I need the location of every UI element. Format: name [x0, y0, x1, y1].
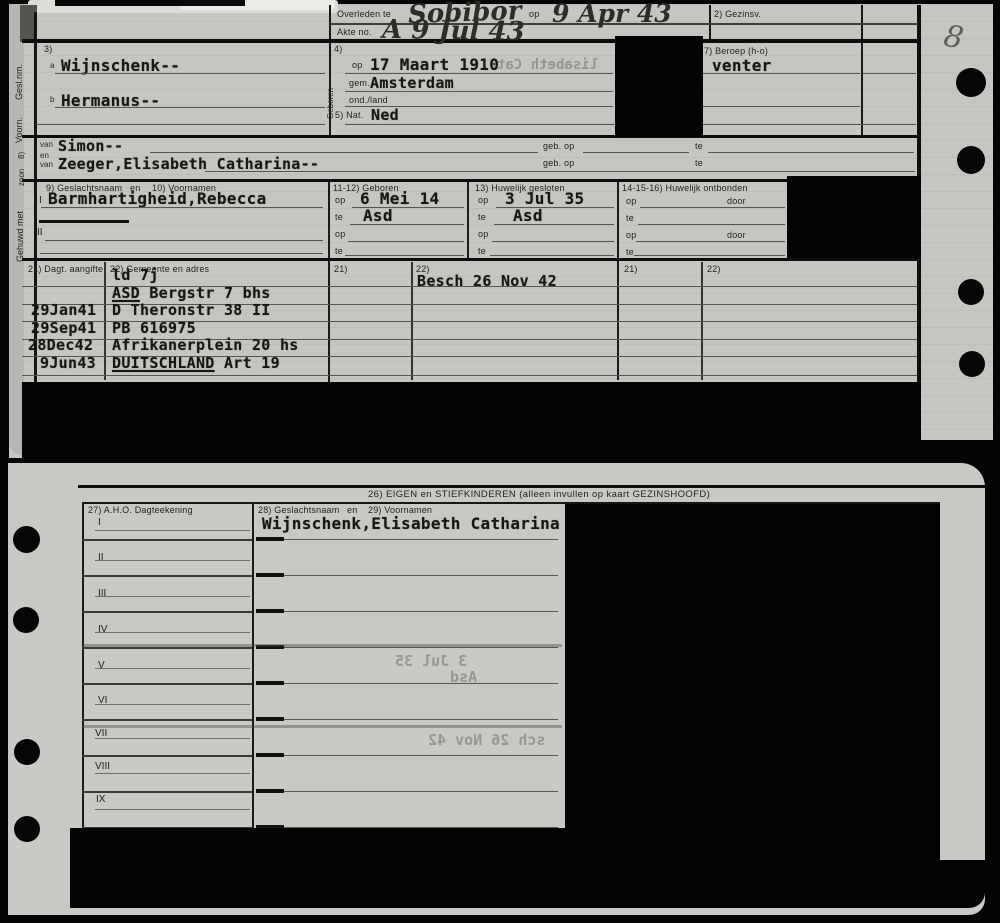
te-label: te	[626, 247, 634, 257]
rule-line	[95, 668, 250, 669]
section8-side-label-zoon: zoon	[17, 169, 26, 186]
te-label: te	[478, 246, 486, 256]
smudge-line	[82, 644, 562, 647]
akte-value-handwritten: A 9 Jul 43	[382, 15, 525, 47]
birthdate-value: 17 Maart 1910	[370, 55, 499, 74]
section3-side-label-voorn: Voorn.	[14, 117, 24, 143]
address-row: ld 7j	[112, 266, 159, 284]
ondland-label: ond./land	[349, 95, 388, 105]
overleden-date-handwritten: 9 Apr 43	[552, 0, 672, 28]
te-label: te	[335, 246, 343, 256]
typed-dash	[256, 537, 284, 541]
top-shadow	[55, 0, 245, 6]
rule-line	[634, 255, 785, 256]
punch-hole	[959, 351, 985, 377]
gem-label: gem.	[349, 78, 370, 88]
geboren-op-label: op	[352, 60, 362, 70]
scanned-registration-card: Overleden te Sobibor op 9 Apr 43 2) Gezi…	[0, 0, 1000, 923]
address-row: DUITSCHLAND Art 19	[112, 354, 280, 372]
redaction-block	[787, 176, 921, 258]
rule-line	[40, 253, 323, 254]
dagt-aangifte-header: 21) Dagt. aangifte	[28, 264, 103, 274]
op-label: op	[626, 230, 636, 240]
registration-date: 28Dec42	[28, 336, 93, 354]
rule-line	[41, 207, 323, 208]
van-label: van	[40, 160, 53, 169]
rule-line	[258, 647, 558, 648]
spouse-name-value: Barmhartigheid,Rebecca	[48, 189, 267, 208]
te-label: te	[626, 213, 634, 223]
gezinsv-label: 2) Gezinsv.	[714, 9, 761, 19]
rule-line	[82, 719, 252, 721]
col21-header: 21)	[624, 264, 638, 274]
op-label: op	[335, 195, 345, 205]
door-label: door	[727, 230, 746, 240]
rule-line	[352, 207, 464, 208]
rule-line	[95, 560, 250, 561]
rule-line	[95, 738, 250, 739]
nat-label: 5) Nat.	[335, 110, 363, 120]
rule-line	[39, 220, 129, 223]
row-label: VIII	[95, 761, 110, 772]
nationality-value: Ned	[371, 106, 399, 124]
rule-line	[490, 255, 614, 256]
eigen-stiefkinderen-header: 26) EIGEN en STIEFKINDEREN (alleen invul…	[368, 489, 710, 500]
scan-background	[993, 0, 1000, 923]
rule-line	[258, 575, 558, 576]
typed-dash	[256, 717, 284, 721]
rule-line	[95, 809, 250, 810]
row-label: I	[98, 517, 101, 528]
redaction-band	[70, 828, 940, 908]
section-border	[78, 485, 985, 488]
punch-hole	[13, 607, 39, 633]
redaction-block	[565, 504, 940, 868]
typed-dash	[256, 789, 284, 793]
typed-dash	[256, 609, 284, 613]
section3-a-marker: a	[50, 61, 54, 70]
rule-line	[636, 241, 785, 242]
rule-line	[258, 611, 558, 612]
rule-line	[150, 152, 538, 153]
op-label: op	[478, 229, 488, 239]
rule-line	[345, 91, 613, 92]
section3-b-marker: b	[50, 95, 54, 104]
typed-dash	[256, 753, 284, 757]
row-label: V	[98, 660, 105, 671]
rule-line	[496, 207, 614, 208]
rule-line	[205, 171, 915, 172]
rule-line	[82, 683, 252, 685]
geb-op-label: geb. op	[543, 141, 574, 151]
rule-line	[350, 224, 464, 225]
rule-line	[95, 530, 250, 531]
row-label: II	[98, 552, 104, 563]
bleedthrough-text: sch 26 Nov 42	[428, 731, 545, 749]
column-divider	[252, 502, 254, 828]
child-name-value: Wijnschenk,Elisabeth Catharina	[262, 514, 560, 533]
column-divider	[467, 182, 469, 259]
section-border	[22, 258, 921, 261]
section4-number: 4)	[334, 44, 342, 54]
redaction-corner	[938, 860, 985, 908]
geb-op-label: geb. op	[543, 158, 574, 168]
punch-hole	[13, 526, 40, 553]
row-marker-II: II	[37, 227, 43, 238]
row-label: IX	[96, 794, 105, 805]
rule-line	[82, 575, 252, 577]
punch-hole	[958, 279, 984, 305]
rule-line	[55, 73, 325, 74]
rule-line	[345, 73, 613, 74]
te-label: te	[695, 141, 703, 151]
address-row: ASD Bergstr 7 bhs	[112, 284, 271, 302]
bleedthrough-text: Asd	[450, 668, 477, 686]
rule-line	[492, 241, 614, 242]
en-label: en	[40, 151, 49, 160]
registration-date: 29Sep41	[31, 319, 96, 337]
column-divider	[328, 181, 330, 382]
section3-number: 3)	[44, 44, 52, 54]
address-row: Afrikanerplein 20 hs	[112, 336, 299, 354]
rule-line	[258, 755, 558, 756]
birthplace-value: Amsterdam	[370, 74, 454, 92]
op-label: op	[335, 229, 345, 239]
rule-line	[258, 683, 558, 684]
section8-number: 8)	[17, 152, 26, 159]
rule-line	[708, 152, 914, 153]
typed-dash	[256, 681, 284, 685]
punch-hole	[956, 68, 986, 97]
bleedthrough-text: lisabeth Cat	[497, 57, 598, 73]
section9-side-label-gehuwd-met: Gehuwd met	[15, 211, 25, 262]
huwelijk-ontbonden-header: 14-15-16) Huwelijk ontbonden	[622, 183, 748, 193]
rule-line	[82, 647, 252, 649]
row-label: III	[98, 588, 106, 599]
te-label: te	[695, 158, 703, 168]
rule-line	[703, 73, 860, 74]
door-label: door	[727, 196, 746, 206]
col21-header: 21)	[334, 264, 348, 274]
beroep-label: 7) Beroep (h-o)	[704, 46, 768, 56]
redaction-block	[615, 36, 703, 137]
rule-line	[95, 632, 250, 633]
rule-line	[258, 719, 558, 720]
rule-line	[95, 596, 250, 597]
column-divider	[861, 5, 863, 137]
row-label: IV	[98, 624, 107, 635]
overleden-op-label: op	[529, 9, 539, 19]
te-label: te	[478, 212, 486, 222]
rule-line	[258, 539, 558, 540]
rule-line	[345, 255, 464, 256]
rule-line	[82, 539, 252, 541]
rule-line	[45, 240, 323, 241]
registration-date: 9Jun43	[40, 354, 96, 372]
rule-line	[494, 224, 614, 225]
rule-line	[583, 152, 689, 153]
section3-side-label-geslnm: Gesl.nm.	[14, 64, 24, 100]
marriage-place-value: Asd	[513, 206, 543, 225]
rule-line	[82, 791, 252, 793]
redaction-band	[22, 382, 921, 458]
spouse-birthplace-value: Asd	[363, 206, 393, 225]
op-label: op	[626, 196, 636, 206]
row-marker-I: I	[39, 195, 42, 206]
table-border	[82, 502, 84, 828]
redaction-band	[921, 440, 993, 458]
column-divider	[617, 182, 619, 380]
rule-line	[703, 124, 916, 125]
typed-dash	[256, 573, 284, 577]
te-label: te	[335, 212, 343, 222]
col22-header: 22)	[707, 264, 721, 274]
address-row: D Theronstr 38 II	[112, 301, 271, 319]
rule-line	[258, 791, 558, 792]
rule-line	[82, 611, 252, 613]
rule-line	[345, 106, 613, 107]
aho-dagteekening-header: 27) A.H.O. Dagteekening	[88, 505, 193, 515]
besch-note-value: Besch 26 Nov 42	[417, 272, 557, 290]
punch-hole	[957, 146, 985, 174]
rule-line	[95, 773, 250, 774]
punch-hole	[14, 816, 40, 842]
address-row: PB 616975	[112, 319, 196, 337]
rule-line	[22, 375, 917, 376]
rule-line	[348, 241, 464, 242]
rule-line	[640, 207, 785, 208]
registration-date: 29Jan41	[31, 301, 96, 319]
section4-side-label-geboren: Geboren	[326, 88, 335, 119]
section-border	[22, 135, 921, 138]
op-label: op	[478, 195, 488, 205]
punch-hole	[14, 739, 40, 765]
rule-line	[82, 755, 252, 757]
father-name-value: Simon--	[58, 137, 123, 155]
rule-line	[36, 124, 325, 125]
van-label: van	[40, 140, 53, 149]
rule-line	[703, 106, 860, 107]
rule-line	[95, 704, 250, 705]
rule-line	[638, 224, 785, 225]
rule-line	[55, 107, 325, 108]
smudge-line	[82, 725, 562, 728]
akte-label: Akte no.	[337, 27, 372, 37]
rule-line	[863, 73, 916, 74]
